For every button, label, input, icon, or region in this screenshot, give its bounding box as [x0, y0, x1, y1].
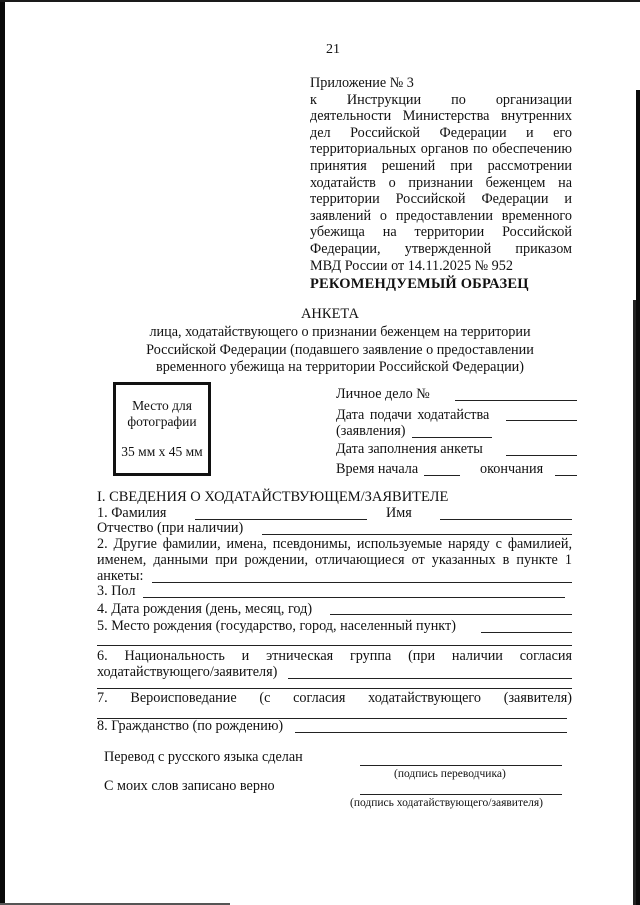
- photo-label-line1: Место для: [116, 398, 208, 414]
- fill-date-label: Дата заполнения анкеты: [336, 441, 483, 457]
- scan-edge-right-shadow: [633, 300, 636, 905]
- translation-label: Перевод с русского языка сделан: [104, 749, 303, 765]
- appendix-line: Федерации, утвержденной приказом: [310, 241, 572, 258]
- birth-place-field-2[interactable]: [97, 645, 572, 646]
- form-subtitle-line: Российской Федерации (подавшего заявлени…: [100, 342, 580, 360]
- birth-place-label: 5. Место рождения (государство, город, н…: [97, 618, 456, 634]
- appendix-line: дел Российской Федерации и его: [310, 125, 572, 142]
- birth-date-label: 4. Дата рождения (день, месяц, год): [97, 601, 312, 617]
- photo-placeholder: Место для фотографии 35 мм х 45 мм: [113, 382, 211, 476]
- appendix-line: к Инструкции по организации: [310, 92, 572, 109]
- photo-label-line2: фотографии: [127, 414, 196, 429]
- submission-date-field-2[interactable]: [412, 437, 492, 438]
- personal-file-field[interactable]: [455, 400, 577, 401]
- form-subtitle-line: временного убежища на территории Российс…: [100, 359, 580, 377]
- form-subtitle-line: лица, ходатайствующего о признании бежен…: [100, 324, 580, 342]
- q6-label-end: ходатайствующего/заявителя): [97, 664, 277, 680]
- first-name-label: Имя: [386, 505, 412, 521]
- appendix-line: деятельности Министерства внутренних: [310, 108, 572, 125]
- q2-line: 2. Другие фамилии, имена, псевдонимы, ис…: [97, 536, 572, 552]
- appendix-line: убежища на территории Российской: [310, 224, 572, 241]
- translator-signature-field[interactable]: [360, 765, 562, 766]
- appendix-line: территориальных органов по обеспечению: [310, 141, 572, 158]
- sample-label: РЕКОМЕНДУЕМЫЙ ОБРАЗЕЦ: [310, 276, 529, 293]
- translator-signature-caption: (подпись переводчика): [394, 768, 506, 780]
- first-name-field[interactable]: [440, 519, 572, 520]
- q6-line: 6. Национальность и этническая группа (п…: [97, 648, 572, 664]
- time-start-field[interactable]: [424, 475, 460, 476]
- appendix-line: заявлений о предоставлении временного: [310, 208, 572, 225]
- q2-line: именем, данными при рождении, отличающие…: [97, 552, 572, 568]
- nationality-field[interactable]: [288, 678, 572, 679]
- appendix-line: Приложение № 3: [310, 75, 572, 92]
- citizenship-field[interactable]: [295, 732, 567, 733]
- scan-edge-right: [636, 90, 640, 905]
- q7-text: 7. Вероисповедание (с согласия ходатайст…: [97, 690, 572, 706]
- citizenship-label: 8. Гражданство (по рождению): [97, 718, 283, 734]
- time-start-label: Время начала: [336, 461, 418, 477]
- verified-label: С моих слов записано верно: [104, 778, 275, 794]
- other-names-field[interactable]: [152, 582, 572, 583]
- q2-label-end: анкеты:: [97, 568, 143, 584]
- fill-date-field[interactable]: [506, 455, 577, 456]
- appendix-line: ходатайств о признании беженцем на: [310, 175, 572, 192]
- surname-label: 1. Фамилия: [97, 505, 166, 521]
- appendix-line: принятия решений при рассмотрении: [310, 158, 572, 175]
- form-subtitle: лица, ходатайствующего о признании бежен…: [100, 324, 580, 377]
- submission-date-label: Дата подачи ходатайства: [336, 407, 489, 423]
- birth-date-field[interactable]: [330, 614, 572, 615]
- time-end-field[interactable]: [555, 475, 577, 476]
- sex-field[interactable]: [143, 597, 565, 598]
- submission-date-field[interactable]: [506, 420, 577, 421]
- appendix-header: Приложение № 3 к Инструкции по организац…: [310, 75, 572, 274]
- patronymic-field[interactable]: [262, 534, 572, 535]
- q2-text: 2. Другие фамилии, имена, псевдонимы, ис…: [97, 536, 572, 568]
- applicant-signature-caption: (подпись ходатайствующего/заявителя): [350, 797, 543, 809]
- scan-edge-top: [0, 0, 640, 2]
- q7-line: 7. Вероисповедание (с согласия ходатайст…: [97, 690, 572, 706]
- scan-edge-left: [0, 0, 5, 905]
- sex-label: 3. Пол: [97, 583, 135, 599]
- appendix-line: МВД России от 14.11.2025 № 952: [310, 258, 572, 275]
- photo-size: 35 мм х 45 мм: [116, 444, 208, 460]
- submission-date-label-2: (заявления): [336, 423, 405, 439]
- time-end-label: окончания: [480, 461, 543, 477]
- appendix-line: территории Российской Федерации и: [310, 191, 572, 208]
- page-number: 21: [326, 42, 340, 58]
- form-title: АНКЕТА: [0, 306, 640, 323]
- personal-file-label: Личное дело №: [336, 386, 430, 402]
- applicant-signature-field[interactable]: [360, 794, 562, 795]
- q6-text: 6. Национальность и этническая группа (п…: [97, 648, 572, 664]
- section-1-heading: I. СВЕДЕНИЯ О ХОДАТАЙСТВУЮЩЕМ/ЗАЯВИТЕЛЕ: [97, 489, 448, 505]
- nationality-field-2[interactable]: [97, 688, 572, 689]
- patronymic-label: Отчество (при наличии): [97, 520, 243, 536]
- birth-place-field[interactable]: [481, 632, 572, 633]
